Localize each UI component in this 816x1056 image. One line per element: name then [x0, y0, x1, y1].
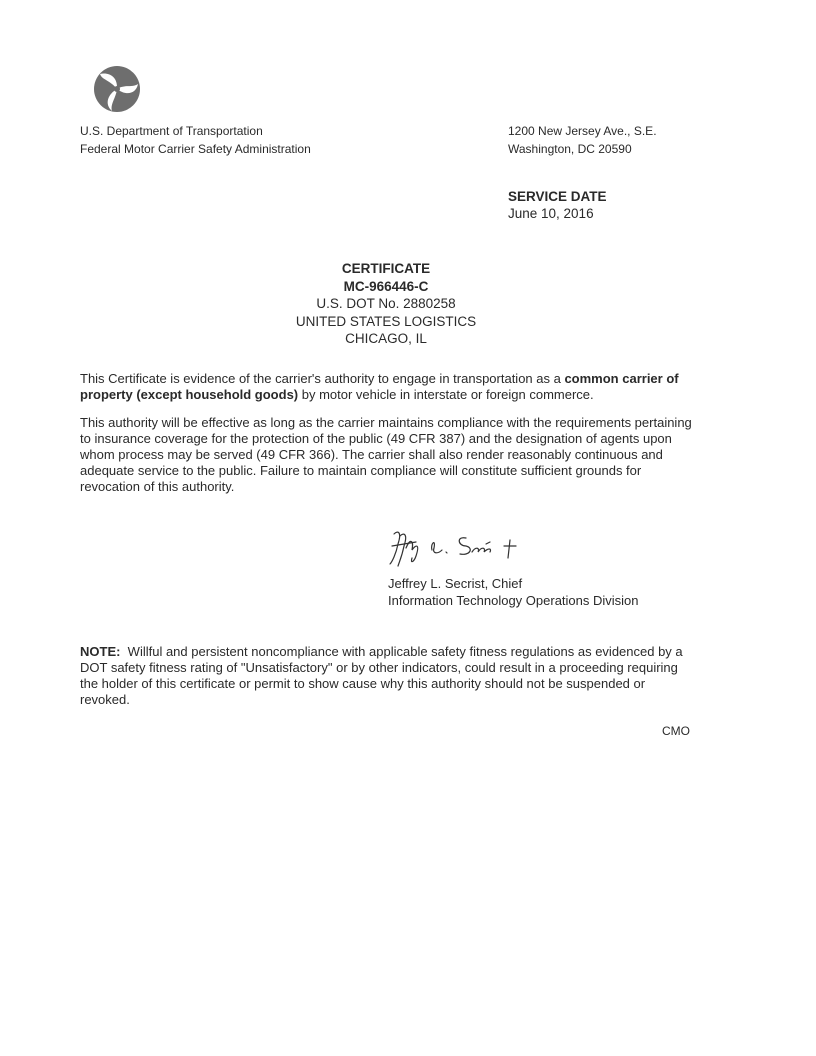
- service-date-value: June 10, 2016: [508, 205, 607, 222]
- agency-administration: Federal Motor Carrier Safety Administrat…: [80, 140, 311, 158]
- agency-department: U.S. Department of Transportation: [80, 122, 311, 140]
- compliance-paragraph: This authority will be effective as long…: [80, 415, 692, 495]
- authority-text-prefix: This Certificate is evidence of the carr…: [80, 371, 564, 386]
- authority-text-suffix: by motor vehicle in interstate or foreig…: [298, 387, 594, 402]
- agency-block: U.S. Department of Transportation Federa…: [80, 122, 311, 158]
- certificate-heading: CERTIFICATE MC-966446-C U.S. DOT No. 288…: [200, 260, 572, 348]
- address-city: Washington, DC 20590: [508, 140, 657, 158]
- footer-initials: CMO: [662, 724, 690, 738]
- signer-title: Information Technology Operations Divisi…: [388, 593, 639, 610]
- note-label: NOTE:: [80, 644, 120, 659]
- carrier-location: CHICAGO, IL: [200, 330, 572, 348]
- signer-block: Jeffrey L. Secrist, Chief Information Te…: [388, 576, 639, 609]
- signer-name: Jeffrey L. Secrist, Chief: [388, 576, 639, 593]
- service-date-label: SERVICE DATE: [508, 188, 607, 205]
- address-block: 1200 New Jersey Ave., S.E. Washington, D…: [508, 122, 657, 158]
- dot-logo-icon: [94, 66, 140, 112]
- service-date-block: SERVICE DATE June 10, 2016: [508, 188, 607, 222]
- address-street: 1200 New Jersey Ave., S.E.: [508, 122, 657, 140]
- note-paragraph: NOTE: Willful and persistent noncomplian…: [80, 644, 696, 708]
- carrier-name: UNITED STATES LOGISTICS: [200, 313, 572, 331]
- authority-paragraph: This Certificate is evidence of the carr…: [80, 371, 692, 403]
- certificate-title: CERTIFICATE: [200, 260, 572, 278]
- note-text: Willful and persistent noncompliance wit…: [80, 644, 686, 707]
- dot-number: U.S. DOT No. 2880258: [200, 295, 572, 313]
- certificate-number: MC-966446-C: [200, 278, 572, 296]
- signature-icon: [386, 524, 546, 572]
